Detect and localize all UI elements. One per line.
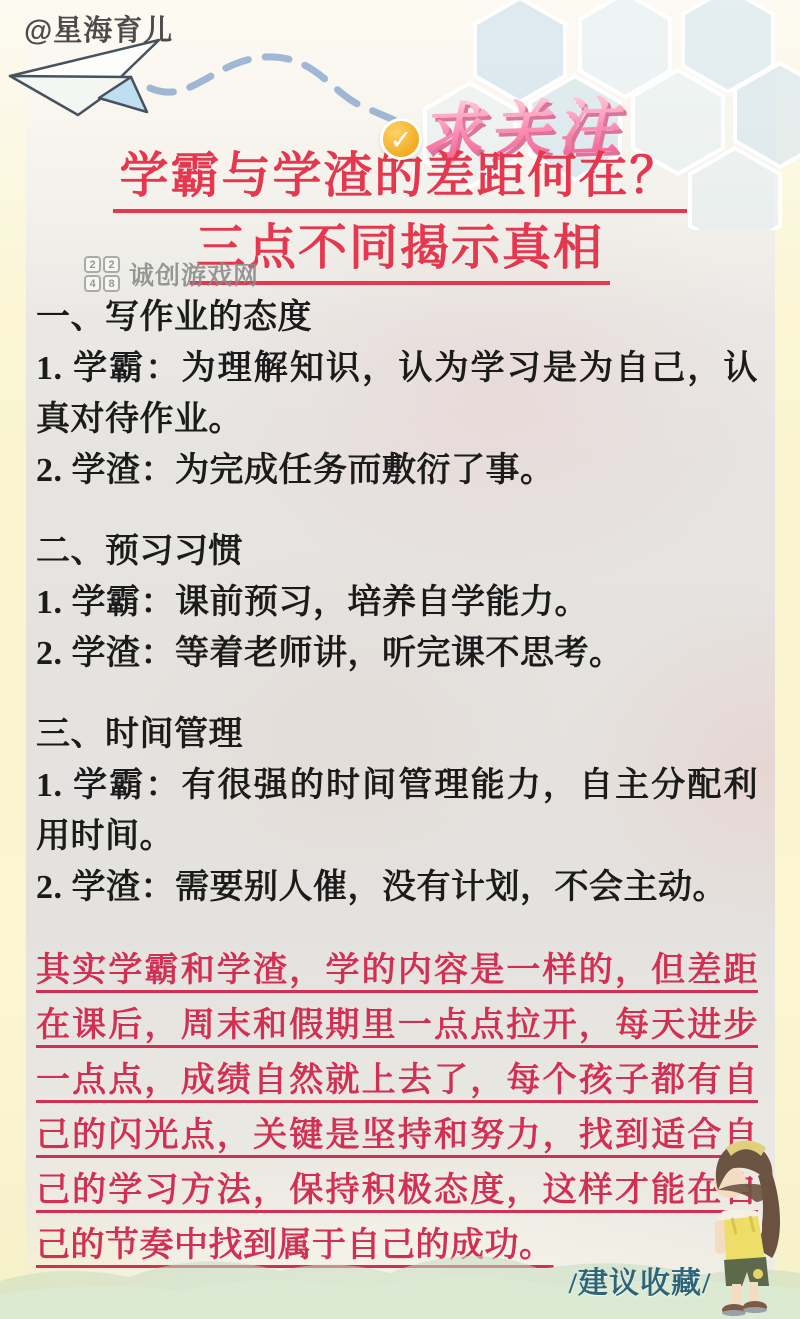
- follow-badge: ✓ 求关注: [388, 80, 624, 156]
- section-time-management: 三、时间管理 1. 学霸：有很强的时间管理能力，自主分配利用时间。 2. 学渣：…: [36, 709, 758, 913]
- site-watermark: 2 2 4 8 诚创游戏网: [84, 256, 259, 292]
- watermark-2248-logo: 2 2 4 8: [84, 256, 120, 292]
- section-heading: 一、写作业的态度: [36, 292, 758, 343]
- watermark-site-name: 诚创游戏网: [129, 256, 259, 292]
- section-item: 1. 学霸：有很强的时间管理能力，自主分配利用时间。: [36, 760, 758, 862]
- section-item: 2. 学渣：为完成任务而敷衍了事。: [36, 445, 758, 496]
- section-item: 1. 学霸：为理解知识，认为学习是为自己，认真对待作业。: [36, 343, 758, 445]
- section-item: 2. 学渣：等着老师讲，听完课不思考。: [36, 628, 758, 679]
- poster-body: 一、写作业的态度 1. 学霸：为理解知识，认为学习是为自己，认真对待作业。 2.…: [36, 292, 758, 1273]
- poster-canvas: @星海育儿 ✓ 求关注 学霸与学渣的差距何在？ 三点不同揭示真相 2 2 4 8…: [0, 0, 800, 1319]
- section-preview-habit: 二、预习习惯 1. 学霸：课前预习，培养自学能力。 2. 学渣：等着老师讲，听完…: [36, 526, 758, 679]
- section-homework-attitude: 一、写作业的态度 1. 学霸：为理解知识，认为学习是为自己，认真对待作业。 2.…: [36, 292, 758, 496]
- save-tip-label: /建议收藏/: [540, 1258, 740, 1302]
- check-circle-icon: ✓: [380, 118, 422, 160]
- section-item: 2. 学渣：需要别人催，没有计划，不会主动。: [36, 862, 758, 913]
- paper-plane-icon: [6, 32, 174, 130]
- section-heading: 二、预习习惯: [36, 526, 758, 577]
- section-heading: 三、时间管理: [36, 709, 758, 760]
- section-item: 1. 学霸：课前预习，培养自学能力。: [36, 577, 758, 628]
